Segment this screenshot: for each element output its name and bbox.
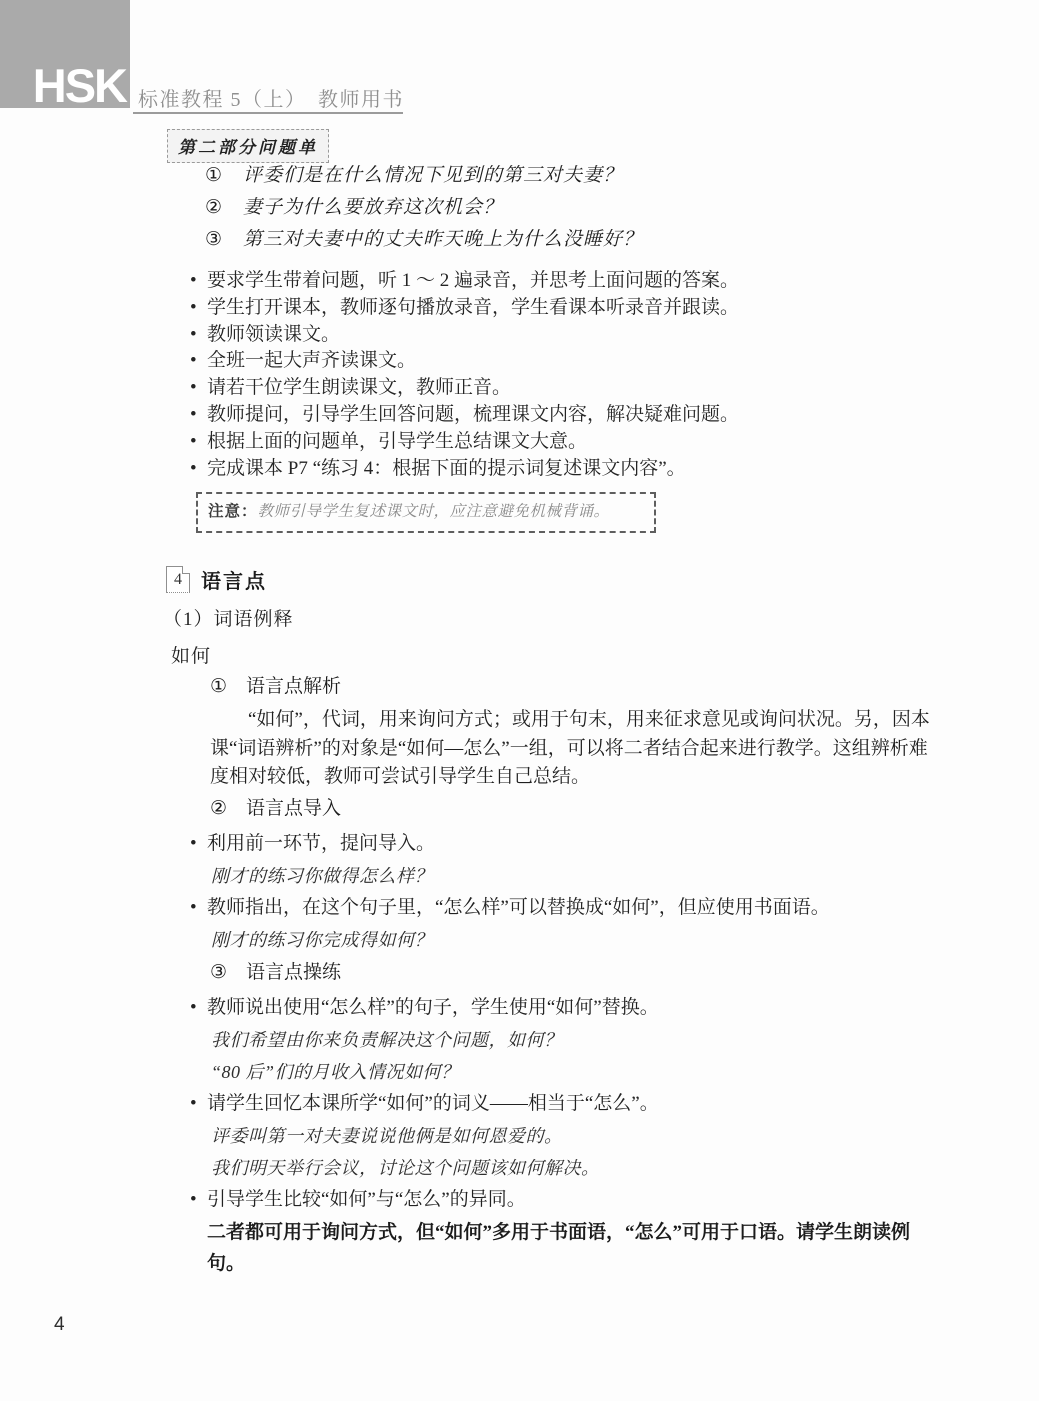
page-number: 4 [54, 1314, 65, 1336]
procedure-item: 请若干位学生朗读课文，教师正音。 [190, 375, 958, 402]
point-heading: ②语言点导入 [210, 794, 938, 824]
point-heading-text: 语言点导入 [246, 794, 341, 824]
question-item: ②妻子为什么要放弃这次机会？ [205, 192, 643, 224]
question-text: 评委们是在什么情况下见到的第三对夫妻？ [243, 165, 623, 186]
procedure-list: 要求学生带着问题，听 1 ～ 2 遍录音，并思考上面问题的答案。 学生打开课本，… [190, 268, 958, 482]
explanation-paragraph: “如何”，代词，用来询问方式；或用于句末，用来征求意见或询问状况。另，因本课“词… [210, 706, 936, 792]
book-page: HSK 标准教程 5（上） 教师用书 第二部分问题单 ①评委们是在什么情况下见到… [0, 0, 1039, 1401]
section-title: 语言点 [201, 565, 267, 594]
teaching-step: 教师说出使用“怎么样”的句子，学生使用“如何”替换。 [190, 992, 938, 1024]
teaching-step: 利用前一环节，提问导入。 [190, 828, 938, 860]
point-heading: ①语言点解析 [210, 672, 938, 702]
teaching-step: 引导学生比较“如何”与“怎么”的异同。 [190, 1184, 938, 1216]
point-heading-number: ① [210, 672, 246, 702]
example-sentence: 刚才的练习你做得怎么样？ [211, 860, 938, 892]
teaching-step: 教师指出，在这个句子里，“怎么样”可以替换成“如何”，但应使用书面语。 [190, 892, 938, 924]
teaching-step: 请学生回忆本课所学“如何”的词义——相当于“怎么”。 [190, 1088, 938, 1120]
hsk-logo-text: HSK [33, 64, 126, 107]
question-item: ①评委们是在什么情况下见到的第三对夫妻？ [205, 160, 643, 192]
header-divider [133, 112, 403, 114]
headword: 如何 [171, 641, 211, 668]
procedure-item: 完成课本 P7 “练习 4：根据下面的提示词复述课文内容”。 [190, 456, 958, 483]
question-number: ① [205, 160, 243, 192]
procedure-item: 学生打开课本，教师逐句播放录音，学生看课本听录音并跟读。 [190, 295, 958, 322]
question-list: ①评委们是在什么情况下见到的第三对夫妻？ ②妻子为什么要放弃这次机会？ ③第三对… [205, 160, 643, 256]
part-label-box: 第二部分问题单 [167, 129, 329, 163]
note-text: 教师引导学生复述课文时，应注意避免机械背诵。 [258, 503, 610, 520]
example-sentence: 我们希望由你来负责解决这个问题，如何？ [211, 1024, 938, 1056]
subsection-title: （1）词语例释 [163, 604, 294, 631]
note-label: 注意： [208, 503, 258, 520]
question-item: ③第三对夫妻中的丈夫昨天晚上为什么没睡好？ [205, 224, 643, 256]
hsk-logo-block: HSK [0, 0, 130, 108]
question-number: ② [205, 192, 243, 224]
question-text: 妻子为什么要放弃这次机会？ [243, 197, 503, 218]
section-number-icon: 4 [166, 566, 190, 593]
procedure-item: 教师提问，引导学生回答问题，梳理课文内容，解决疑难问题。 [190, 402, 958, 429]
procedure-item: 教师领读课文。 [190, 322, 958, 349]
example-sentence: 评委叫第一对夫妻说说他俩是如何恩爱的。 [211, 1120, 938, 1152]
procedure-item: 根据上面的问题单，引导学生总结课文大意。 [190, 429, 958, 456]
language-point-blocks: ①语言点解析 “如何”，代词，用来询问方式；或用于句末，用来征求意见或询问状况。… [190, 670, 938, 1279]
example-sentence: “80 后”们的月收入情况如何？ [211, 1056, 938, 1088]
procedure-item: 要求学生带着问题，听 1 ～ 2 遍录音，并思考上面问题的答案。 [190, 268, 958, 295]
point-heading: ③语言点操练 [210, 958, 938, 988]
section-heading: 4 语言点 [166, 565, 267, 594]
book-title: 标准教程 5（上） 教师用书 [138, 83, 404, 112]
question-text: 第三对夫妻中的丈夫昨天晚上为什么没睡好？ [243, 229, 643, 250]
example-sentence: 刚才的练习你完成得如何？ [211, 924, 938, 956]
procedure-item: 全班一起大声齐读课文。 [190, 348, 958, 375]
point-heading-text: 语言点操练 [246, 958, 341, 988]
point-heading-number: ③ [210, 958, 246, 988]
note-box: 注意：教师引导学生复述课文时，应注意避免机械背诵。 [196, 492, 656, 533]
example-sentence: 我们明天举行会议，讨论这个问题该如何解决。 [211, 1152, 938, 1184]
summary-paragraph: 二者都可用于询问方式，但“如何”多用于书面语，“怎么”可用于口语。请学生朗读例句… [207, 1216, 913, 1279]
point-heading-text: 语言点解析 [246, 672, 341, 702]
point-heading-number: ② [210, 794, 246, 824]
question-number: ③ [205, 224, 243, 256]
